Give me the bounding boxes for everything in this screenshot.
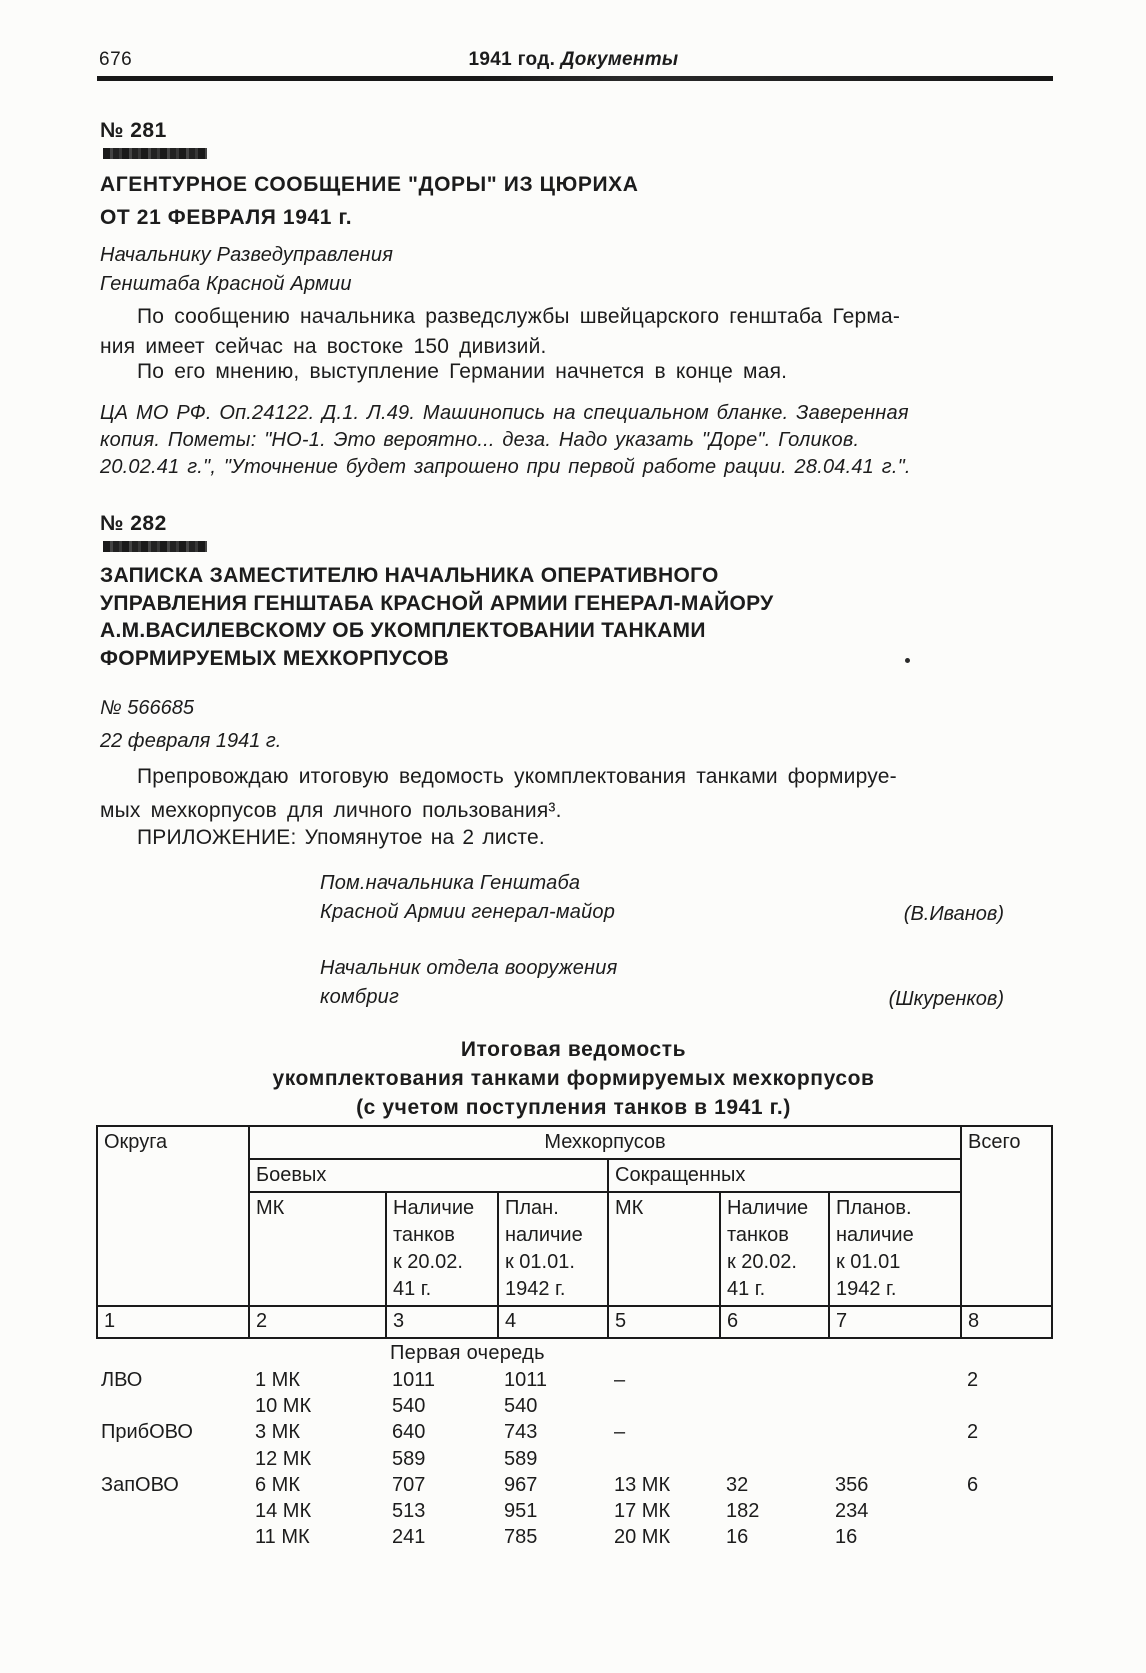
doc-281-title: АГЕНТУРНОЕ СООБЩЕНИЕ "ДОРЫ" ИЗ ЦЮРИХА ОТ… — [100, 168, 639, 234]
table-cell: 589 — [497, 1446, 607, 1472]
table-cell — [719, 1419, 828, 1445]
header-plan-reduced: Планов. наличие к 01.01 1942 г. — [829, 1192, 961, 1306]
signature-block-shkurenkov: Начальник отдела вооружения комбриг (Шку… — [320, 954, 1004, 1012]
header-boevyh: Боевых — [249, 1159, 608, 1192]
table-cell — [960, 1498, 1051, 1524]
header-mehkorpusov: Мехкорпусов — [249, 1126, 961, 1159]
column-number: 5 — [608, 1306, 720, 1338]
table-cell: 356 — [828, 1472, 960, 1498]
table-row: ЗапОВО6 МК70796713 МК323566 — [96, 1472, 1051, 1498]
column-number: 2 — [249, 1306, 386, 1338]
header-nalichie-reduced: Наличие танков к 20.02. 41 г. — [720, 1192, 829, 1306]
table-row: 10 МК540540 — [96, 1393, 1051, 1419]
table-cell — [828, 1367, 960, 1393]
table-cell — [828, 1393, 960, 1419]
doc-282-number: № 282 — [100, 512, 167, 536]
table-cell — [960, 1446, 1051, 1472]
table-cell: ЛВО — [96, 1367, 248, 1393]
table-cell: 234 — [828, 1498, 960, 1524]
doc-282-doc-number: № 566685 — [100, 697, 194, 720]
column-number: 4 — [498, 1306, 608, 1338]
header-sokrashchennyh: Сокращенных — [608, 1159, 961, 1192]
doc-282-title: ЗАПИСКА ЗАМЕСТИТЕЛЮ НАЧАЛЬНИКА ОПЕРАТИВН… — [100, 562, 774, 673]
table-cell: 12 МК — [248, 1446, 385, 1472]
table-cell — [719, 1393, 828, 1419]
table-cell — [719, 1367, 828, 1393]
running-head-doc-label: Документы — [561, 49, 679, 70]
table-cell — [96, 1393, 248, 1419]
table-cell — [960, 1393, 1051, 1419]
table-cell: 540 — [497, 1393, 607, 1419]
doc-281-number: № 281 — [100, 119, 167, 143]
scanned-document-page: 676 1941 год. Документы № 281 АГЕНТУРНОЕ… — [0, 0, 1146, 1673]
header-okruga: Округа — [97, 1126, 249, 1306]
table-cell: – — [607, 1419, 719, 1445]
table-row: 14 МК51395117 МК182234 — [96, 1498, 1051, 1524]
table-cell: 17 МК — [607, 1498, 719, 1524]
table-cell: 743 — [497, 1419, 607, 1445]
column-number: 1 — [97, 1306, 249, 1338]
section-label-first-queue: Первая очередь — [390, 1342, 545, 1365]
doc-282-number-bar — [103, 541, 207, 552]
table-cell — [96, 1498, 248, 1524]
table-cell: 32 — [719, 1472, 828, 1498]
table-cell: 513 — [385, 1498, 497, 1524]
column-number: 6 — [720, 1306, 829, 1338]
signature-name: (В.Иванов) — [904, 903, 1004, 926]
table-cell — [828, 1446, 960, 1472]
table-cell: 11 МК — [248, 1524, 385, 1550]
doc-282-date: 22 февраля 1941 г. — [100, 730, 281, 753]
table-cell — [607, 1393, 719, 1419]
table-cell: 241 — [385, 1524, 497, 1550]
header-plan-combat: План. наличие к 01.01. 1942 г. — [498, 1192, 608, 1306]
table-row: 11 МК24178520 МК1616 — [96, 1524, 1051, 1550]
table-cell: 16 — [719, 1524, 828, 1550]
table-cell: – — [607, 1367, 719, 1393]
doc-282-paragraph: Препровождаю итоговую ведомость укомплек… — [100, 760, 1052, 828]
signature-block-ivanov: Пом.начальника Генштаба Красной Армии ге… — [320, 869, 1004, 927]
summary-table: Округа Мехкорпусов Всего Боевых Сокращен… — [96, 1125, 1053, 1339]
header-rule — [97, 76, 1053, 81]
header-nalichie-combat: Наличие танков к 20.02. 41 г. — [386, 1192, 498, 1306]
table-cell: 3 МК — [248, 1419, 385, 1445]
table-cell: 589 — [385, 1446, 497, 1472]
signature-position: Пом.начальника Генштаба Красной Армии ге… — [320, 869, 1004, 926]
column-number: 8 — [961, 1306, 1052, 1338]
table-body-grid: ЛВО1 МК10111011–210 МК540540ПрибОВО3 МК6… — [96, 1367, 1051, 1550]
table-cell: 16 — [828, 1524, 960, 1550]
table-cell — [828, 1419, 960, 1445]
table-row: ПрибОВО3 МК640743–2 — [96, 1419, 1051, 1445]
table-cell: 1 МК — [248, 1367, 385, 1393]
table-cell: 10 МК — [248, 1393, 385, 1419]
scan-artifact-dot — [905, 658, 910, 663]
table-cell: 6 МК — [248, 1472, 385, 1498]
table-cell — [719, 1446, 828, 1472]
table-cell: 14 МК — [248, 1498, 385, 1524]
table-cell — [960, 1524, 1051, 1550]
table-cell — [96, 1524, 248, 1550]
column-number: 3 — [386, 1306, 498, 1338]
table-cell: 2 — [960, 1419, 1051, 1445]
table-cell: 20 МК — [607, 1524, 719, 1550]
table-cell: ЗапОВО — [96, 1472, 248, 1498]
header-vsego: Всего — [961, 1126, 1052, 1306]
doc-281-archival-note: ЦА МО РФ. Оп.24122. Д.1. Л.49. Машинопис… — [100, 400, 1060, 481]
table-cell — [607, 1446, 719, 1472]
table-cell: 1011 — [385, 1367, 497, 1393]
table-cell: ПрибОВО — [96, 1419, 248, 1445]
column-number: 7 — [829, 1306, 961, 1338]
doc-281-paragraph-2: По его мнению, выступление Германии начн… — [137, 360, 787, 384]
table-cell: 540 — [385, 1393, 497, 1419]
table-cell: 13 МК — [607, 1472, 719, 1498]
table-cell: 6 — [960, 1472, 1051, 1498]
table-cell: 182 — [719, 1498, 828, 1524]
header-mk-combat: МК — [249, 1192, 386, 1306]
table-cell: 785 — [497, 1524, 607, 1550]
doc-281-paragraph-1: По сообщению начальника разведслужбы шве… — [100, 302, 1052, 362]
doc-282-attachment: ПРИЛОЖЕНИЕ: Упомянутое на 2 листе. — [137, 826, 545, 850]
table-cell — [96, 1446, 248, 1472]
table-cell: 967 — [497, 1472, 607, 1498]
table-row: 12 МК589589 — [96, 1446, 1051, 1472]
table-title: Итоговая ведомость укомплектования танка… — [96, 1035, 1051, 1122]
header-mk-reduced: МК — [608, 1192, 720, 1306]
signature-name: (Шкуренков) — [889, 988, 1004, 1011]
table-cell: 1011 — [497, 1367, 607, 1393]
doc-281-number-bar — [103, 148, 207, 159]
table-cell: 707 — [385, 1472, 497, 1498]
table-cell: 2 — [960, 1367, 1051, 1393]
table-row: ЛВО1 МК10111011–2 — [96, 1367, 1051, 1393]
table-cell: 951 — [497, 1498, 607, 1524]
running-head-year: 1941 год. — [469, 49, 556, 70]
table-cell: 640 — [385, 1419, 497, 1445]
doc-281-addressee: Начальнику Разведуправления Генштаба Кра… — [100, 241, 393, 298]
running-head-title: 1941 год. Документы — [96, 49, 1051, 71]
